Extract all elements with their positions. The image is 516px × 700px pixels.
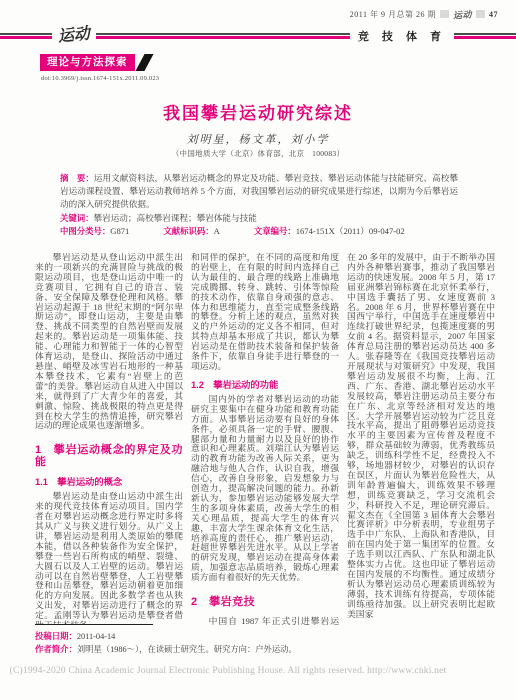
section-2-heading: 2 攀岩竞技 bbox=[191, 596, 339, 608]
clc-value: G871 bbox=[110, 226, 129, 236]
submission-date-label: 投稿日期： bbox=[35, 631, 77, 641]
article-authors: 刘明星，杨文革，刘小学 bbox=[0, 131, 516, 147]
article-no-label: 文章编号： bbox=[254, 226, 296, 236]
section-banner: 竞 技 体 育 bbox=[350, 28, 454, 44]
slash-decoration bbox=[135, 54, 153, 71]
journal-logo-small: 运动 bbox=[453, 7, 473, 21]
submission-date-value: 2011-04-14 bbox=[77, 632, 115, 641]
body-column-1: 攀岩运动是从登山运动中派生出来的一项新兴的充满冒险与挑战的极限运动项目，也是登山… bbox=[35, 253, 183, 625]
scan-artifact-box bbox=[440, 10, 449, 18]
abstract-paragraph: 摘 要：运用文献资料法，从攀岩运动概念的界定及功能、攀岩竞技、攀岩运动体能与技能… bbox=[60, 172, 458, 212]
footnote-rule bbox=[35, 624, 153, 625]
column-label-box: 理论与方法探索 bbox=[40, 54, 149, 71]
classification-line: 中图分类号：G871文献标识码：A文章编号：1674-151X（2011）09-… bbox=[60, 225, 458, 238]
band-rule-middle bbox=[96, 33, 350, 39]
author-bio-value: 刘明星（1986～），在读硕士研究生。研究方向：户外运动。 bbox=[77, 645, 297, 654]
scan-artifact-box bbox=[476, 10, 485, 18]
section-1-heading: 1 攀岩运动概念的界定及功能 bbox=[35, 444, 183, 468]
band-rule-left bbox=[0, 33, 52, 39]
journal-logo: 运动 bbox=[51, 26, 96, 47]
abstract-label: 摘 要： bbox=[60, 173, 94, 183]
page-number: 47 bbox=[489, 10, 498, 19]
body-column-2: 和同伴的保护，在不同的高度和角度的岩壁上，在有限的时间内选择自己认为最佳的、最合… bbox=[191, 253, 339, 625]
paragraph: 在 20 多年的发展中，由于不断举办国内外各种攀岩赛事，推动了我国攀岩运动的快速… bbox=[347, 253, 495, 620]
submission-date-line: 投稿日期：2011-04-14 bbox=[35, 630, 475, 643]
journal-page: 2011 年 9 月总第 26 期 运动 47 运动 竞 技 体 育 理论与方法… bbox=[0, 0, 516, 700]
abstract-text: 运用文献资料法，从攀岩运动概念的界定及功能、攀岩竞技、攀岩运动体能与技能研究、高… bbox=[60, 173, 458, 209]
header-meta: 2011 年 9 月总第 26 期 运动 47 bbox=[350, 8, 498, 20]
section-1-1-heading: 1.1 攀岩运动的概念 bbox=[35, 477, 183, 487]
keywords-text: 攀岩运动；高校攀岩课程；攀岩体能与技能 bbox=[94, 213, 257, 223]
body-columns: 攀岩运动是从登山运动中派生出来的一项新兴的充满冒险与挑战的极限运动项目，也是登山… bbox=[35, 253, 495, 625]
article-affiliation: （中国地质大学（北京）体育部，北京 100083） bbox=[0, 148, 516, 159]
author-bio-line: 作者简介：刘明星（1986～），在读硕士研究生。研究方向：户外运动。 bbox=[35, 643, 475, 656]
doc-code-label: 文献标识码： bbox=[163, 226, 213, 236]
abstract-block: 摘 要：运用文献资料法，从攀岩运动概念的界定及功能、攀岩竞技、攀岩运动体能与技能… bbox=[60, 172, 458, 238]
section-1-2-heading: 1.2 攀岩运动的功能 bbox=[191, 380, 339, 390]
article-title: 我国攀岩运动研究综述 bbox=[0, 99, 516, 124]
paragraph: 和同伴的保护，在不同的高度和角度的岩壁上，在有限的时间内选择自己认为最佳的、最合… bbox=[191, 253, 339, 372]
doi-text: doi:10.3969/j.issn.1674-151x.2011.09.023 bbox=[41, 75, 159, 82]
paragraph: 国内外的学者对攀岩运动的功能研究主要集中在健身功能和教育功能方面。从事攀岩运动要… bbox=[191, 395, 339, 583]
doc-code-value: A bbox=[214, 226, 220, 236]
keywords-label: 关键词： bbox=[60, 213, 94, 223]
article-no-value: 1674-151X（2011）09-047-02 bbox=[296, 226, 405, 236]
paragraph: 攀岩运动是从登山运动中派生出来的一项新兴的充满冒险与挑战的极限运动项目，也是登山… bbox=[35, 253, 183, 431]
issue-info: 2011 年 9 月总第 26 期 bbox=[350, 9, 436, 20]
paragraph: 攀岩运动是由登山运动中派生出来的现代竞技体育运动项目。国内学者在对攀岩运动概念进… bbox=[35, 492, 183, 625]
band-rule-right bbox=[454, 33, 516, 39]
clc-label: 中图分类号： bbox=[60, 226, 110, 236]
header-band: 运动 竞 技 体 育 bbox=[0, 27, 516, 45]
cnki-copyright-footer: (C)1994-2020 China Academic Journal Elec… bbox=[8, 666, 448, 676]
keywords-line: 关键词：攀岩运动；高校攀岩课程；攀岩体能与技能 bbox=[60, 212, 458, 225]
footnote-block: 投稿日期：2011-04-14 作者简介：刘明星（1986～），在读硕士研究生。… bbox=[35, 624, 475, 656]
body-column-3: 在 20 多年的发展中，由于不断举办国内外各种攀岩赛事，推动了我国攀岩运动的快速… bbox=[347, 253, 495, 625]
author-bio-label: 作者简介： bbox=[35, 644, 77, 654]
column-label: 理论与方法探索 bbox=[40, 54, 135, 71]
